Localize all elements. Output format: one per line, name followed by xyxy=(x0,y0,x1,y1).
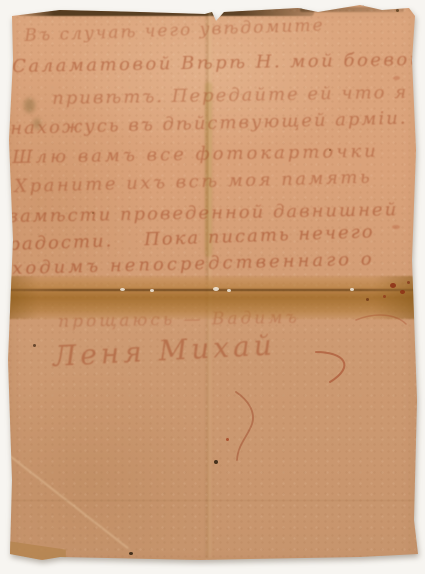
signature-flourish xyxy=(316,352,344,382)
signature: Леня Михай xyxy=(52,328,276,373)
signature-tail-flourish xyxy=(236,392,253,460)
handwriting-line: Саламатовой Вѣрѣ Н. мой боевой² xyxy=(12,49,425,77)
handwriting-line: ходимъ непосредственнаго о xyxy=(12,249,375,279)
olive-smudge xyxy=(33,118,41,129)
tear-speck xyxy=(227,289,231,292)
top-edge-dark-strip-right xyxy=(300,7,404,12)
dark-speck xyxy=(33,344,36,347)
bottom-left-discoloration xyxy=(4,534,66,560)
ink-speck xyxy=(396,9,399,12)
red-speck xyxy=(226,438,229,441)
top-edge-dark-strip xyxy=(18,7,314,16)
dark-speck xyxy=(214,460,218,464)
ink-bleed-mark xyxy=(392,225,400,229)
red-stain xyxy=(383,295,386,298)
paper-shadow-wrap: Въ случаѣ чего увѣдомите Саламатовой Вѣр… xyxy=(0,0,425,574)
faint-lower-crease xyxy=(6,500,418,501)
handwriting-line: Храните ихъ всѣ моя память xyxy=(14,167,372,197)
tear-speck xyxy=(350,288,354,291)
brown-speck xyxy=(329,149,331,151)
ink-speck xyxy=(362,3,366,6)
tear-speck xyxy=(120,288,125,291)
red-stain xyxy=(400,290,405,294)
letter-paper-sheet: Въ случаѣ чего увѣдомите Саламатовой Вѣр… xyxy=(0,0,425,574)
dark-speck xyxy=(366,298,369,301)
scanned-letter-photo: Въ случаѣ чего увѣдомите Саламатовой Вѣр… xyxy=(0,0,425,574)
dark-speck xyxy=(129,552,133,555)
tear-speck xyxy=(213,287,219,291)
ink-speck xyxy=(299,5,304,9)
handwriting-line: привѣтъ. Передайте ей что я xyxy=(52,82,408,109)
horizontal-fold-band xyxy=(0,276,425,319)
ink-bleed-mark xyxy=(393,76,400,80)
diagonal-crease xyxy=(9,455,128,549)
red-stain xyxy=(407,281,410,284)
olive-smudge xyxy=(24,98,35,113)
tear-speck xyxy=(150,289,154,292)
handwriting-line: Шлю вамъ все фотокарточки xyxy=(12,141,379,168)
red-stain xyxy=(390,283,396,288)
brown-speck xyxy=(92,212,94,214)
handwriting-line: Въ случаѣ чего увѣдомите xyxy=(24,16,325,46)
